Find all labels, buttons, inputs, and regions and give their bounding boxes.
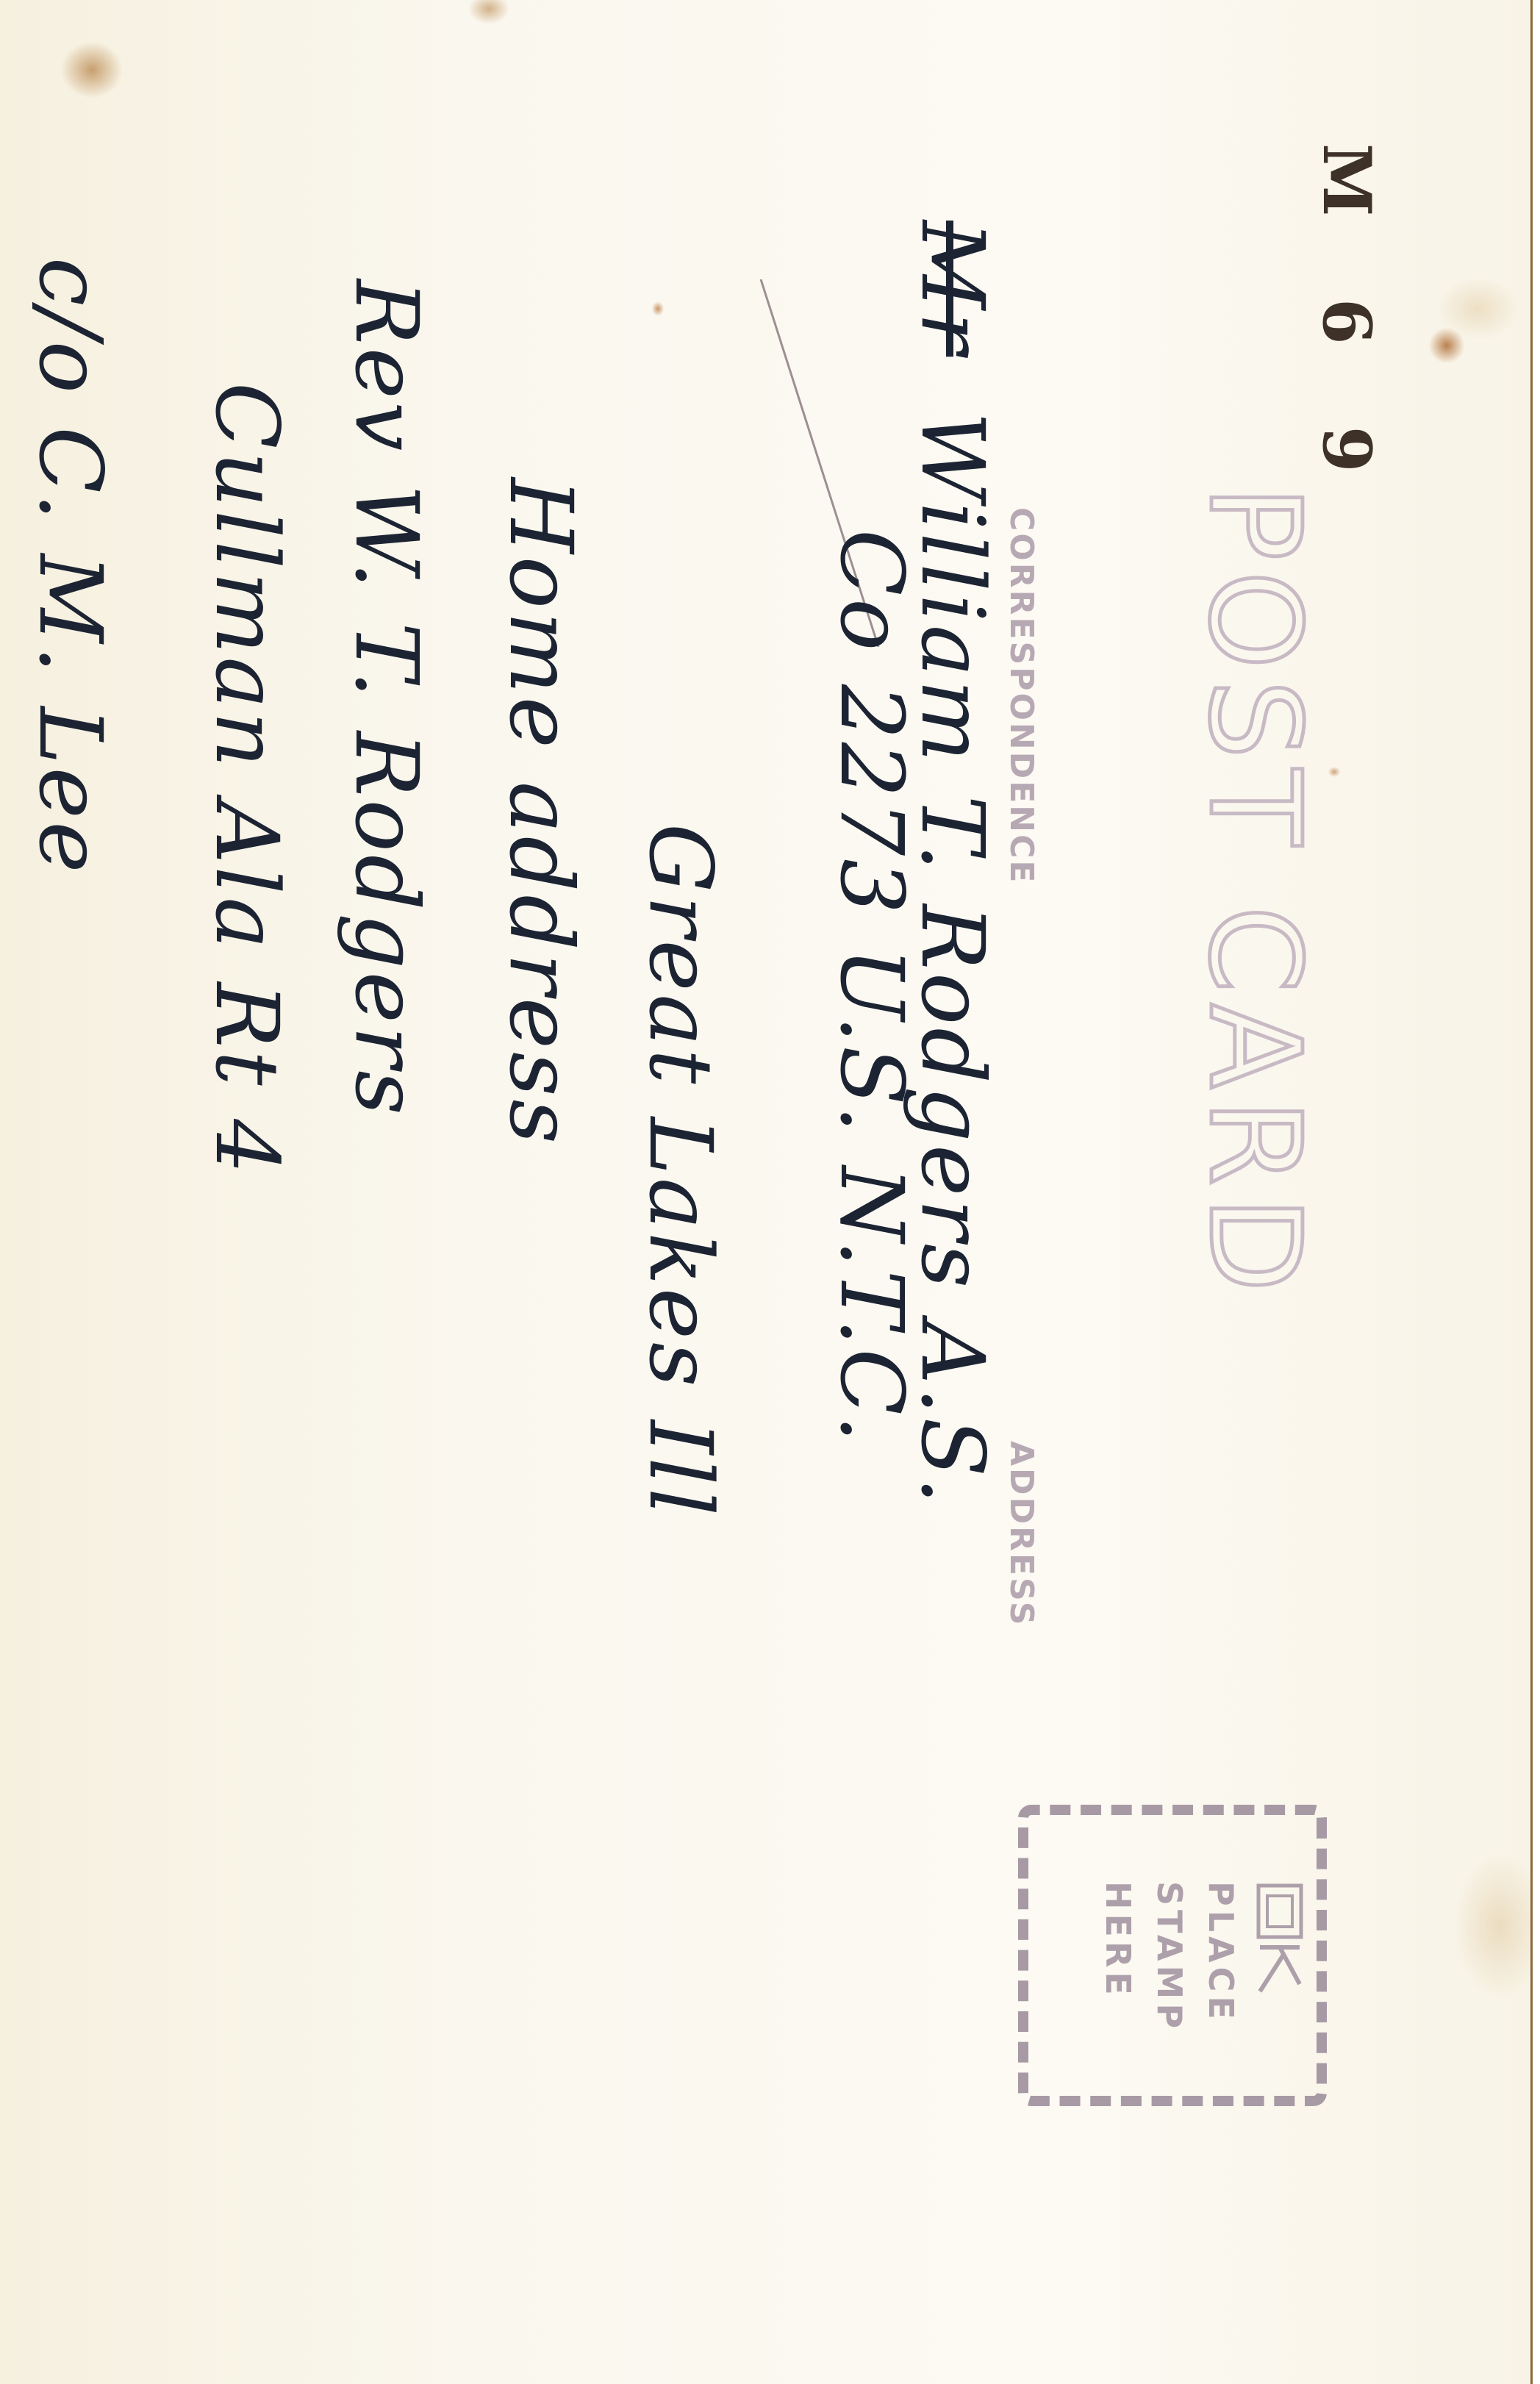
stamp-line-stamp: STAMP [1144,1881,1195,2033]
handwritten-line-3: Great Lakes Ill [630,823,731,1519]
printer-code: M 6 9 [1308,143,1386,502]
stamp-line-here: HERE [1092,1881,1144,2033]
handwritten-line-5: Rev W. T. Rodgers [336,279,437,1118]
handwritten-strikethrough: Mr [902,221,1003,357]
handwritten-line-2: Co 2273 U.S. N.T.C. [821,529,923,1445]
handwritten-line-7: c/o C. M. Lee [20,257,121,876]
handwritten-line-6: Cullman Ala Rt 4 [196,382,298,1177]
place-stamp-box: PLACE STAMP HERE [1018,1805,1327,2106]
postcard-title: POST CARD [1181,485,1327,1303]
rotated-postcard-frame: M 6 9 POST CARD CORRESPONDENCE ADDRESS P… [0,0,1540,2384]
stamp-line-place: PLACE [1195,1881,1247,2033]
correspondence-label: CORRESPONDENCE [1003,507,1040,884]
stamp-instructions: PLACE STAMP HERE [1092,1881,1247,2033]
address-label: ADDRESS [1003,1441,1040,1627]
handwritten-line-4: Home address [490,478,592,1147]
ek-logo-icon [1254,1881,1306,2006]
